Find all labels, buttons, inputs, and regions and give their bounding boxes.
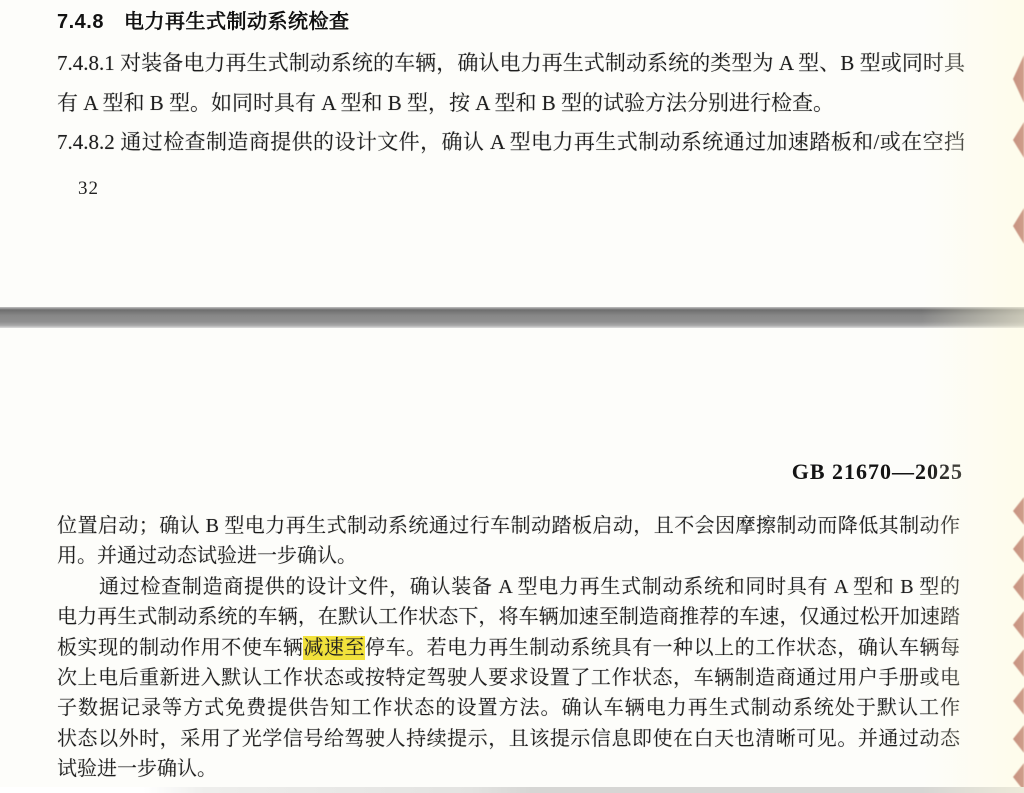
text-highlight: 减速至 <box>303 636 365 660</box>
body-text-top: 7.4.8.1 对装备电力再生式制动系统的车辆，确认电力再生式制动系统的类型为 … <box>57 44 965 163</box>
page-number: 32 <box>78 178 99 200</box>
next-page-gap-edge <box>0 787 1024 793</box>
document-viewer[interactable]: 7.4.8 电力再生式制动系统检查 7.4.8.1 对装备电力再生式制动系统的车… <box>0 0 1024 793</box>
body-line: 电力再生式制动系统的车辆，在默认工作状态下，将车辆加速至制造商推荐的车速，仅通过… <box>57 602 960 632</box>
body-line: 子数据记录等方式免费提供告知工作状态的设置方法。确认车辆电力再生式制动系统处于默… <box>57 693 960 723</box>
body-line: 试验进一步确认。 <box>57 754 960 784</box>
body-line: 用。并通过动态试验进一步确认。 <box>57 541 960 571</box>
page-edge-mark <box>1013 687 1024 715</box>
page-edge-mark <box>1013 649 1024 677</box>
section-title: 电力再生式制动系统检查 <box>124 11 350 33</box>
page-edge-mark <box>1013 122 1024 158</box>
body-line: 通过检查制造商提供的设计文件，确认装备 A 型电力再生式制动系统和同时具有 A … <box>57 572 960 602</box>
body-line-with-highlight: 板实现的制动作用不使车辆减速至停车。若电力再生制动系统具有一种以上的工作状态，确… <box>57 633 960 663</box>
page-edge-mark <box>1013 611 1024 639</box>
page-edge-mark <box>1013 535 1024 563</box>
section-number: 7.4.8 <box>57 11 104 33</box>
standard-number-header: GB 21670—2025 <box>792 459 963 485</box>
page-edge-mark <box>1013 208 1024 244</box>
page-edge-mark <box>1013 573 1024 601</box>
body-line: 有 A 型和 B 型。如同时具有 A 型和 B 型，按 A 型和 B 型的试验方… <box>57 84 965 124</box>
page-gap-divider <box>0 307 1024 328</box>
body-line-segment: 板实现的制动作用不使车辆 <box>57 637 303 659</box>
page-edge-mark <box>1013 497 1024 525</box>
body-text-bottom: 位置启动；确认 B 型电力再生式制动系统通过行车制动踏板启动，且不会因摩擦制动而… <box>57 511 960 785</box>
page-33: GB 21670—2025 位置启动；确认 B 型电力再生式制动系统通过行车制动… <box>0 328 1024 793</box>
section-heading: 7.4.8 电力再生式制动系统检查 <box>57 8 350 36</box>
body-line: 位置启动；确认 B 型电力再生式制动系统通过行车制动踏板启动，且不会因摩擦制动而… <box>57 511 960 541</box>
page-edge-mark <box>1013 725 1024 753</box>
body-line-segment: 停车。若电力再生制动系统具有一种以上的工作状态，确认车辆每 <box>365 637 960 659</box>
page-32: 7.4.8 电力再生式制动系统检查 7.4.8.1 对装备电力再生式制动系统的车… <box>0 0 1024 307</box>
body-line: 7.4.8.1 对装备电力再生式制动系统的车辆，确认电力再生式制动系统的类型为 … <box>57 44 965 84</box>
page-edge-mark <box>1013 55 1024 103</box>
body-line: 7.4.8.2 通过检查制造商提供的设计文件，确认 A 型电力再生式制动系统通过… <box>57 123 965 163</box>
body-line: 状态以外时，采用了光学信号给驾驶人持续提示，且该提示信息即使在白天也清晰可见。并… <box>57 724 960 754</box>
body-line: 次上电后重新进入默认工作状态或按特定驾驶人要求设置了工作状态，车辆制造商通过用户… <box>57 663 960 693</box>
